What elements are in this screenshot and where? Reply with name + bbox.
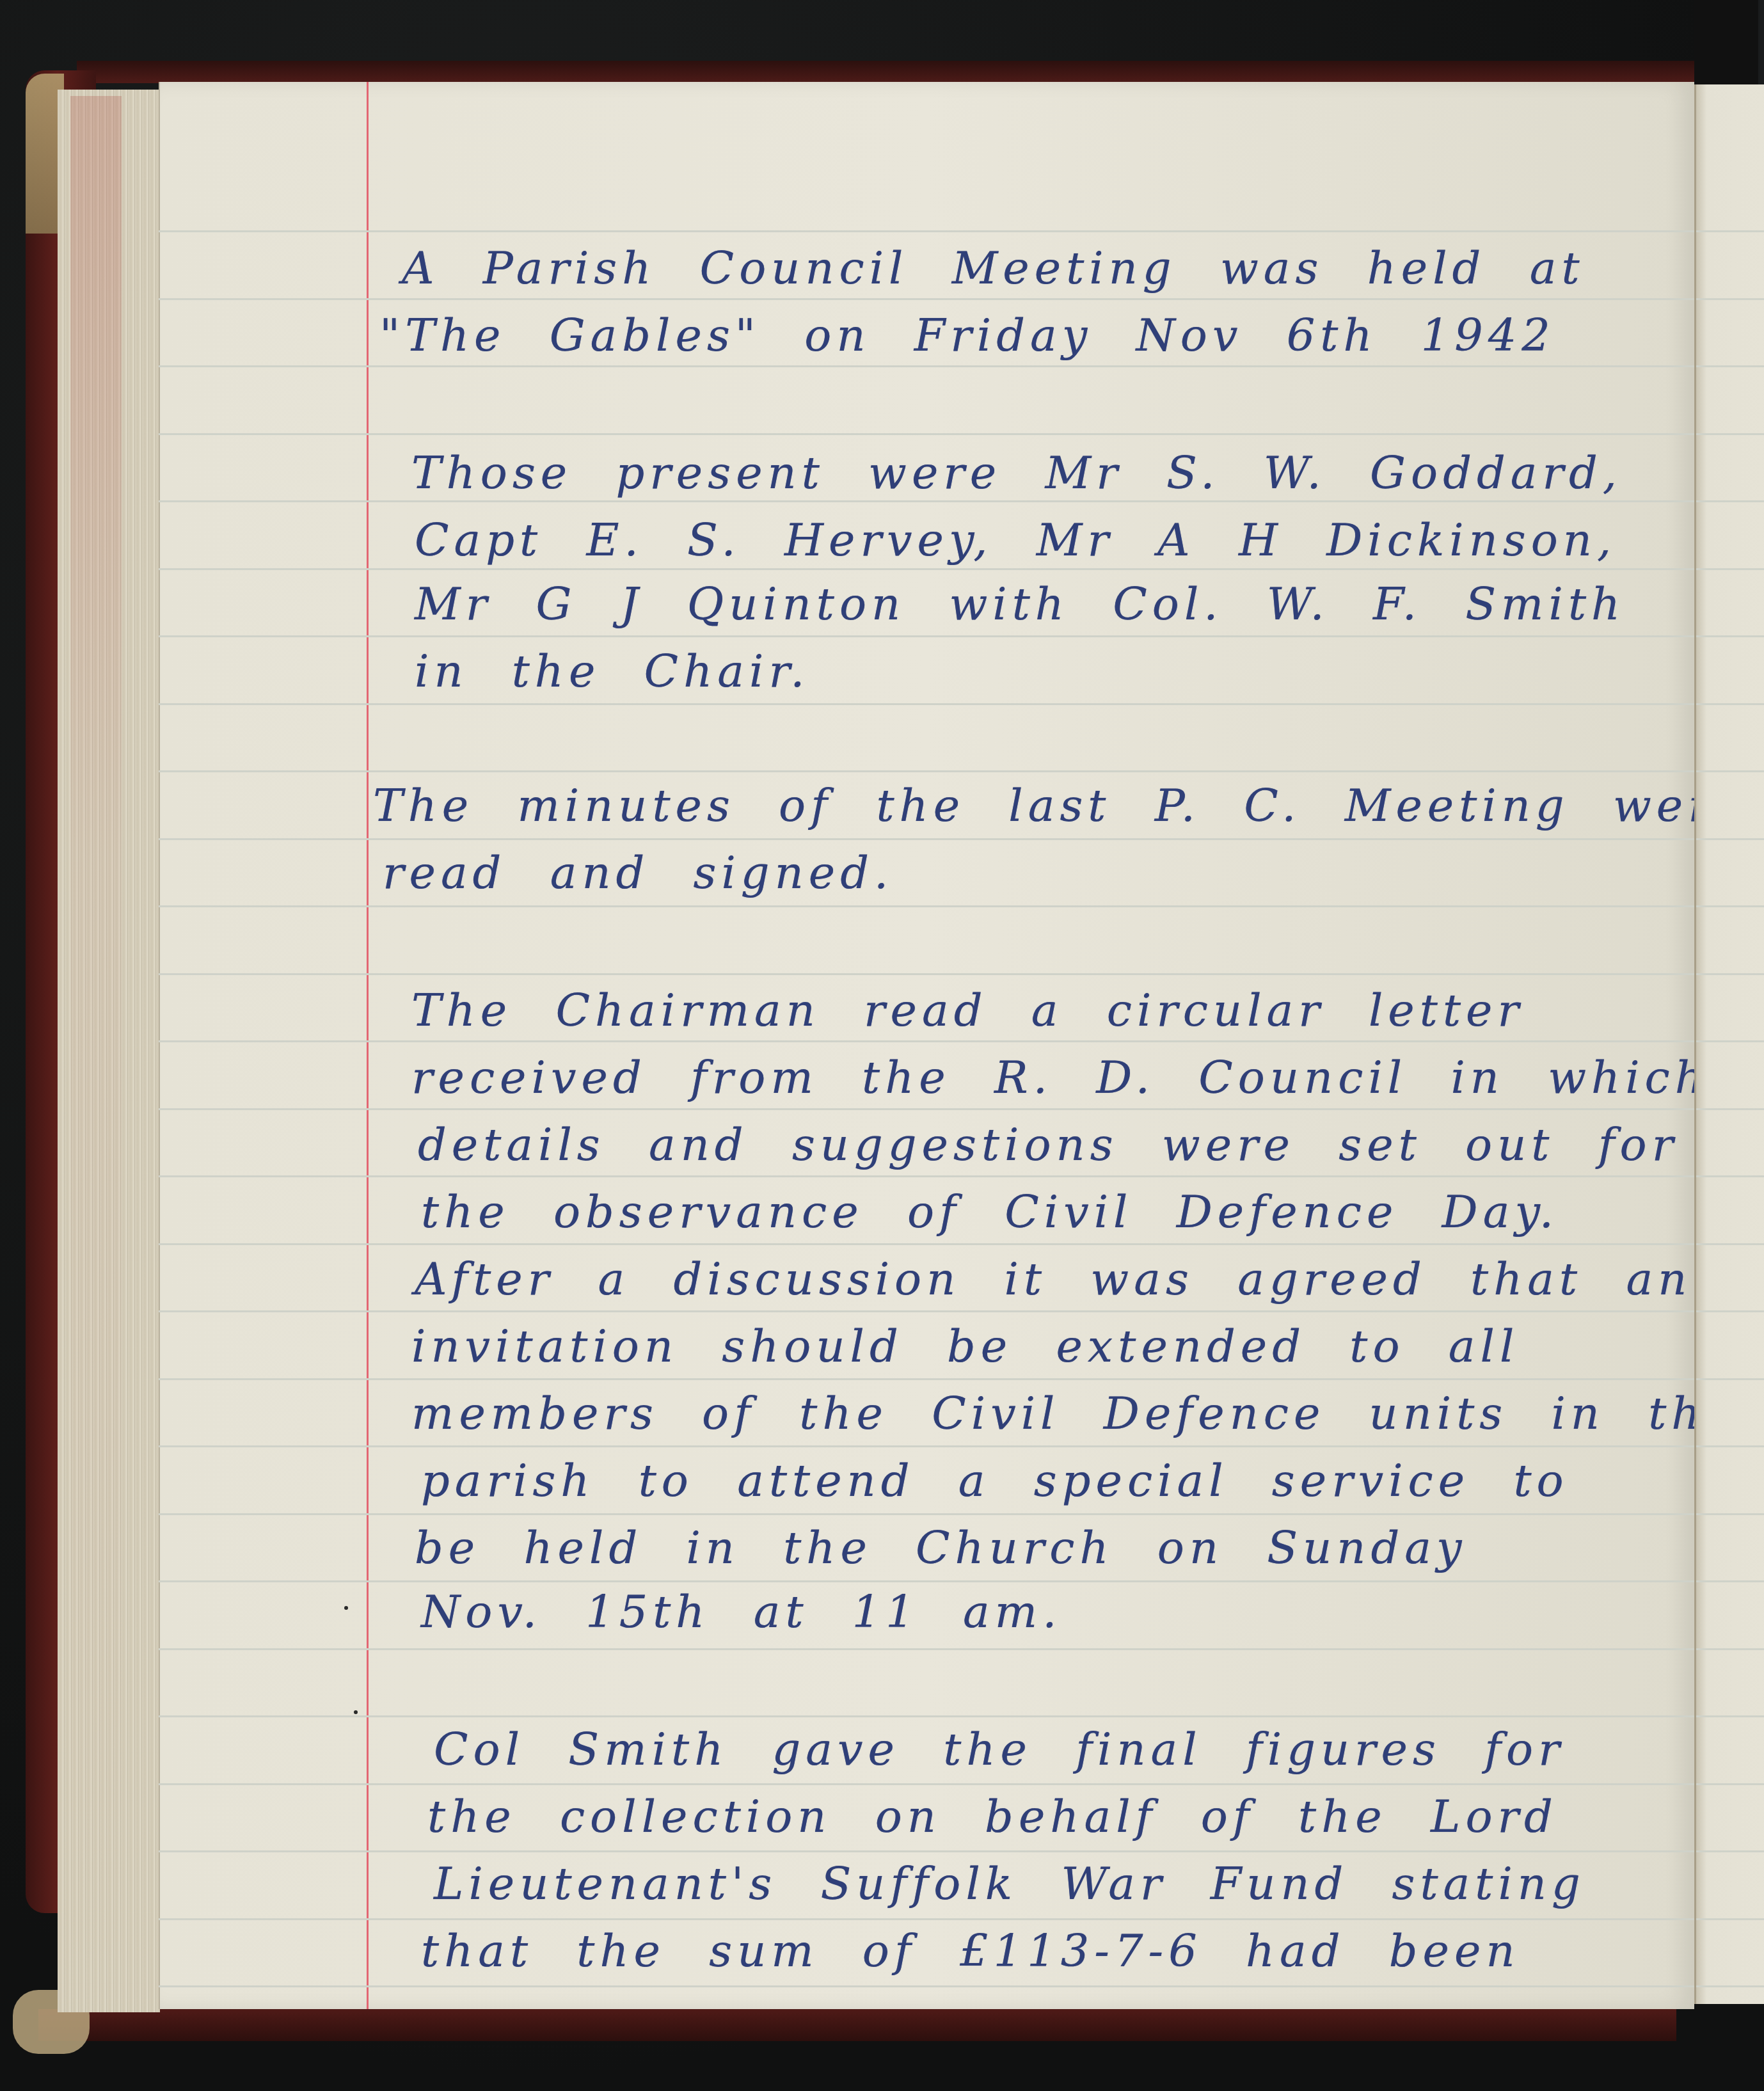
ruled-line <box>159 1243 1694 1245</box>
ruled-line <box>1696 1715 1764 1717</box>
ruled-line <box>1696 973 1764 975</box>
red-margin-rule <box>367 82 369 2009</box>
ruled-line <box>1696 1243 1764 1245</box>
ruled-line <box>1696 1108 1764 1110</box>
ruled-line <box>159 973 1694 975</box>
handwritten-line: invitation should be extended to all <box>411 1320 1519 1372</box>
ruled-line <box>1696 703 1764 705</box>
handwritten-line: The minutes of the last P. C. Meeting we… <box>373 779 1746 832</box>
handwritten-line: Nov. 15th at 11 am. <box>421 1586 1061 1638</box>
ink-speck <box>344 1606 348 1610</box>
ruled-line <box>1696 1513 1764 1515</box>
ruled-line <box>159 298 1694 300</box>
ruled-line <box>1696 1918 1764 1920</box>
red-edge-staining <box>70 96 122 2009</box>
ruled-line <box>159 838 1694 840</box>
ruled-line <box>159 703 1694 705</box>
ruled-line <box>1696 230 1764 232</box>
ruled-line <box>159 1445 1694 1447</box>
ruled-line <box>159 365 1694 367</box>
ruled-line <box>1696 365 1764 367</box>
handwritten-line: "The Gables" on Friday Nov 6th 1942 <box>379 309 1555 362</box>
handwritten-line: Mr G J Quinton with Col. W. F. Smith <box>415 578 1625 630</box>
handwritten-line: Col Smith gave the final figures for <box>434 1723 1565 1776</box>
ruled-line <box>1696 1985 1764 1987</box>
page-inner-border <box>159 82 160 2009</box>
ruled-line <box>159 770 1694 772</box>
ruled-line <box>159 1918 1694 1920</box>
handwritten-line: be held in the Church on Sunday <box>415 1522 1466 1574</box>
ruled-line <box>1696 298 1764 300</box>
handwritten-line: Those present were Mr S. W. Goddard, <box>411 447 1622 499</box>
next-page-edge <box>1694 84 1764 2004</box>
ruled-line <box>159 1175 1694 1177</box>
handwritten-line: A Parish Council Meeting was held at <box>402 242 1585 294</box>
ruled-line <box>159 433 1694 435</box>
ruled-line <box>1696 1378 1764 1380</box>
ruled-line <box>1696 635 1764 637</box>
handwritten-line: Lieutenant's Suffolk War Fund stating <box>434 1857 1585 1910</box>
ruled-line <box>1696 838 1764 840</box>
ruled-line <box>159 1310 1694 1312</box>
ruled-line <box>159 905 1694 907</box>
ruled-line <box>159 1985 1694 1987</box>
ruled-line <box>159 230 1694 232</box>
ledger-page: A Parish Council Meeting was held at "Th… <box>159 82 1694 2009</box>
handwritten-line: members of the Civil Defence units in th… <box>411 1387 1737 1440</box>
handwritten-line: The Chairman read a circular letter <box>411 984 1524 1037</box>
ruled-line <box>1696 770 1764 772</box>
handwritten-line: Capt E. S. Hervey, Mr A H Dickinson, <box>415 514 1616 566</box>
ruled-line <box>159 568 1694 570</box>
ink-speck <box>354 1710 358 1714</box>
ruled-line <box>1696 1580 1764 1582</box>
ruled-line <box>159 1783 1694 1785</box>
handwritten-line: in the Chair. <box>415 645 809 697</box>
ruled-line <box>1696 1850 1764 1852</box>
ruled-line <box>1696 433 1764 435</box>
ruled-line <box>1696 1040 1764 1042</box>
ruled-line <box>159 1850 1694 1852</box>
handwritten-line: the collection on behalf of the Lord <box>427 1790 1558 1843</box>
book-cover-bottom-edge <box>38 2009 1676 2041</box>
handwritten-line: the observance of Civil Defence Day. <box>421 1186 1559 1238</box>
ruled-line <box>159 1513 1694 1515</box>
ruled-line <box>159 1040 1694 1042</box>
ruled-line <box>1696 1175 1764 1177</box>
ruled-line <box>1696 500 1764 502</box>
ruled-line <box>1696 568 1764 570</box>
dark-background-top-right <box>1694 0 1764 84</box>
ruled-line <box>159 1378 1694 1380</box>
handwritten-line: After a discussion it was agreed that an <box>415 1253 1692 1305</box>
ruled-line <box>159 1715 1694 1717</box>
ruled-line <box>1696 905 1764 907</box>
ruled-line <box>159 1108 1694 1110</box>
ruled-line <box>1696 1445 1764 1447</box>
ruled-line <box>159 1648 1694 1650</box>
handwritten-line: read and signed. <box>383 847 893 899</box>
handwritten-line: parish to attend a special service to <box>421 1454 1569 1507</box>
ruled-line <box>159 635 1694 637</box>
ruled-line <box>1696 1648 1764 1650</box>
handwritten-line: received from the R. D. Council in which <box>411 1051 1709 1104</box>
ruled-line <box>1696 1310 1764 1312</box>
ruled-line <box>159 500 1694 502</box>
ruled-line <box>1696 1783 1764 1785</box>
book-cover-top-edge <box>77 61 1764 83</box>
handwritten-line: that the sum of £113-7-6 had been <box>421 1925 1520 1977</box>
handwritten-line: details and suggestions were set out for <box>418 1118 1678 1171</box>
ruled-line <box>159 1580 1694 1582</box>
